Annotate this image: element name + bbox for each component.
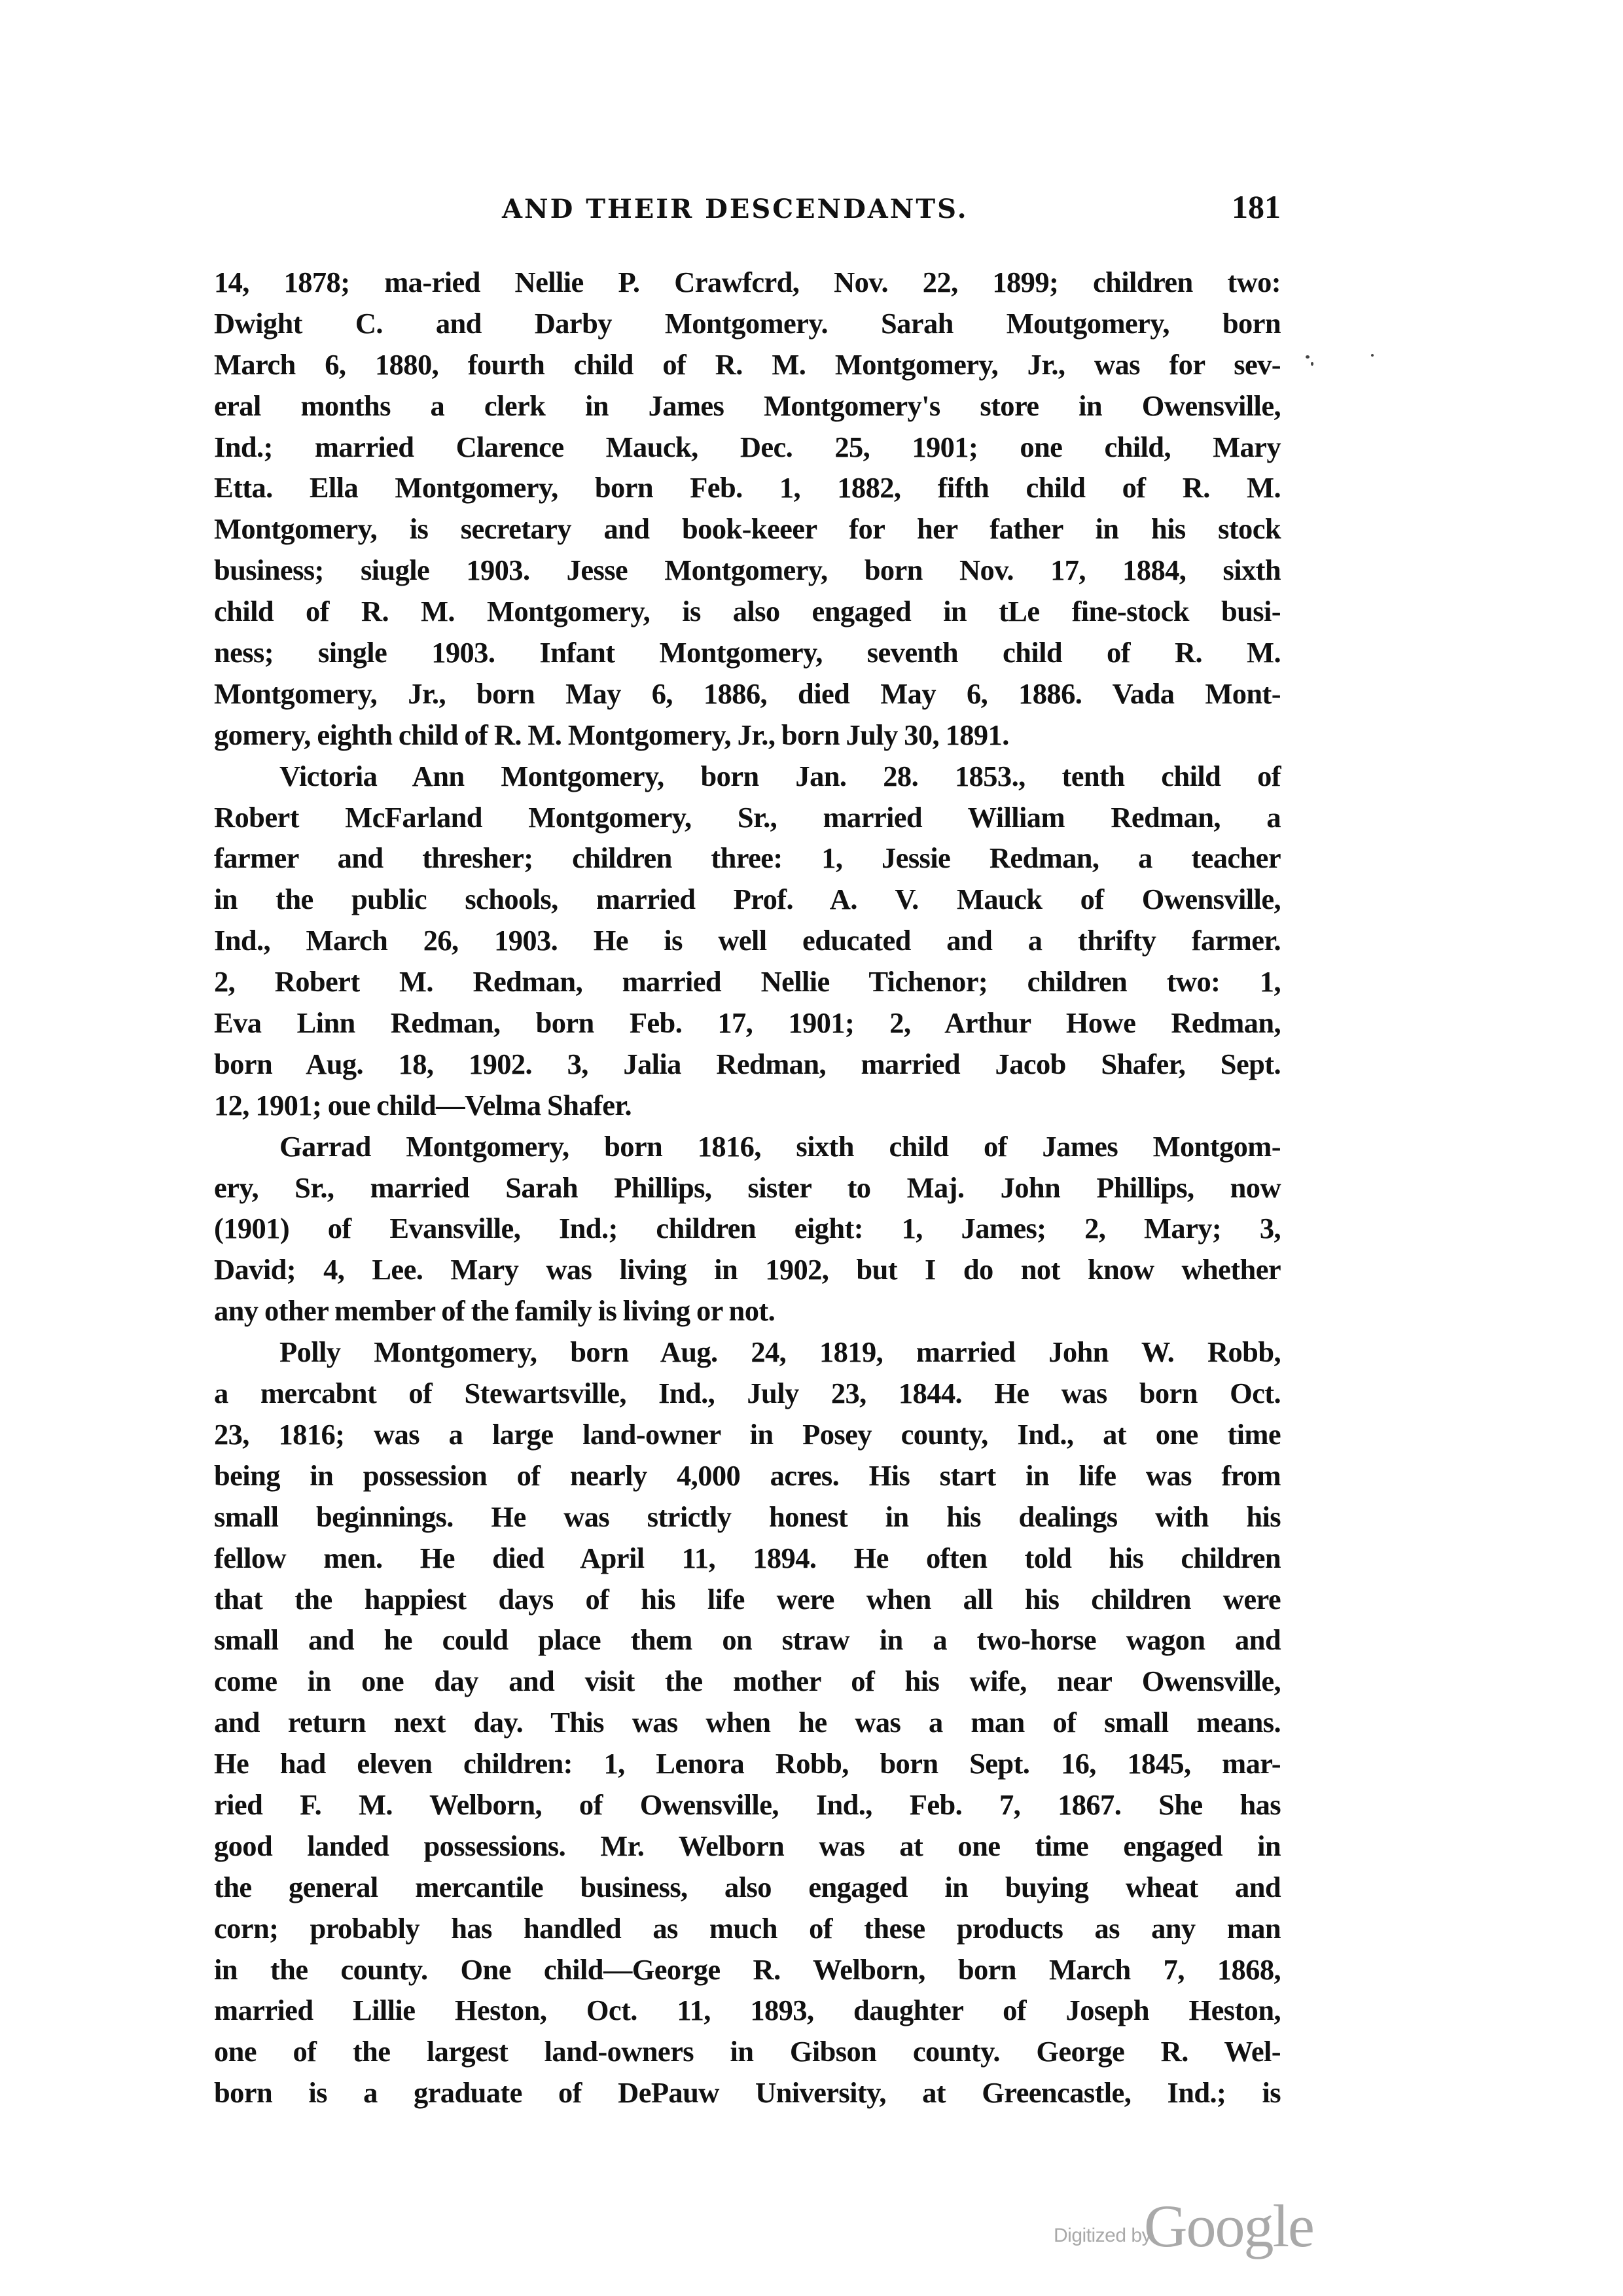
running-head: AND THEIR DESCENDANTS. 181: [214, 186, 1281, 232]
text-line: small beginnings. He was strictly honest…: [214, 1496, 1281, 1538]
text-line: in the county. One child—George R. Welbo…: [214, 1949, 1281, 1990]
text-line: March 6, 1880, fourth child of R. M. Mon…: [214, 344, 1281, 385]
digitized-by-google-watermark: Digitized by Google: [1054, 2185, 1355, 2264]
text-line: the general mercantile business, also en…: [214, 1867, 1281, 1908]
text-line: 2, Robert M. Redman, married Nellie Tich…: [214, 961, 1281, 1002]
text-line: fellow men. He died April 11, 1894. He o…: [214, 1538, 1281, 1579]
text-line: 14, 1878; ma-ried Nellie P. Crawfcrd, No…: [214, 262, 1281, 303]
google-logo: Google: [1144, 2193, 1313, 2259]
book-page: AND THEIR DESCENDANTS. 181 14, 1878; ma-…: [0, 0, 1623, 2296]
page-number: 181: [1232, 184, 1281, 230]
text-line: married Lillie Heston, Oct. 11, 1893, da…: [214, 1990, 1281, 2031]
text-line: 12, 1901; oue child—Velma Shafer.: [214, 1085, 1281, 1126]
text-line: Ind.; married Clarence Mauck, Dec. 25, 1…: [214, 427, 1281, 468]
text-line: farmer and thresher; children three: 1, …: [214, 838, 1281, 879]
watermark-prefix: Digitized by: [1054, 2225, 1151, 2247]
text-line: Robert McFarland Montgomery, Sr., marrie…: [214, 797, 1281, 838]
paragraph-start-victoria: Victoria Ann Montgomery, born Jan. 28. 1…: [214, 756, 1281, 797]
body-text: 14, 1878; ma-ried Nellie P. Crawfcrd, No…: [214, 262, 1281, 2113]
text-line: 23, 1816; was a large land-owner in Pose…: [214, 1414, 1281, 1455]
scan-speck: [1306, 355, 1310, 359]
text-line: child of R. M. Montgomery, is also engag…: [214, 591, 1281, 632]
text-line: a mercabnt of Stewartsville, Ind., July …: [214, 1373, 1281, 1414]
running-title: AND THEIR DESCENDANTS.: [502, 186, 969, 232]
text-line: He had eleven children: 1, Lenora Robb, …: [214, 1743, 1281, 1784]
text-line: ery, Sr., married Sarah Phillips, sister…: [214, 1167, 1281, 1209]
text-line: being in possession of nearly 4,000 acre…: [214, 1455, 1281, 1496]
text-line: come in one day and visit the mother of …: [214, 1661, 1281, 1702]
text-line: Eva Linn Redman, born Feb. 17, 1901; 2, …: [214, 1002, 1281, 1044]
text-line: small and he could place them on straw i…: [214, 1619, 1281, 1661]
text-line: business; siugle 1903. Jesse Montgomery,…: [214, 550, 1281, 591]
text-line: born is a graduate of DePauw University,…: [214, 2072, 1281, 2113]
text-line: eral months a clerk in James Montgomery'…: [214, 385, 1281, 427]
text-line: corn; probably has handled as much of th…: [214, 1908, 1281, 1949]
text-line: good landed possessions. Mr. Welborn was…: [214, 1826, 1281, 1867]
text-line: that the happiest days of his life were …: [214, 1579, 1281, 1620]
scan-speck: [1311, 362, 1313, 366]
text-line: in the public schools, married Prof. A. …: [214, 879, 1281, 920]
text-line: one of the largest land-owners in Gibson…: [214, 2031, 1281, 2072]
text-line: ried F. M. Welborn, of Owensville, Ind.,…: [214, 1784, 1281, 1826]
text-line: gomery, eighth child of R. M. Montgomery…: [214, 715, 1281, 756]
text-line: any other member of the family is living…: [214, 1290, 1281, 1332]
text-line: ness; single 1903. Infant Montgomery, se…: [214, 632, 1281, 673]
text-line: Montgomery, Jr., born May 6, 1886, died …: [214, 673, 1281, 715]
text-line: David; 4, Lee. Mary was living in 1902, …: [214, 1249, 1281, 1290]
text-line: Dwight C. and Darby Montgomery. Sarah Mo…: [214, 303, 1281, 344]
text-line: (1901) of Evansville, Ind.; children eig…: [214, 1208, 1281, 1249]
text-line: Ind., March 26, 1903. He is well educate…: [214, 920, 1281, 961]
text-line: born Aug. 18, 1902. 3, Jalia Redman, mar…: [214, 1044, 1281, 1085]
scan-speck: [1371, 354, 1374, 357]
scan-specks: [1299, 350, 1378, 376]
text-line: and return next day. This was when he wa…: [214, 1702, 1281, 1743]
text-line: Montgomery, is secretary and book-keeer …: [214, 508, 1281, 550]
text-line: Etta. Ella Montgomery, born Feb. 1, 1882…: [214, 467, 1281, 508]
paragraph-start-garrad: Garrad Montgomery, born 1816, sixth chil…: [214, 1126, 1281, 1167]
paragraph-start-polly: Polly Montgomery, born Aug. 24, 1819, ma…: [214, 1332, 1281, 1373]
